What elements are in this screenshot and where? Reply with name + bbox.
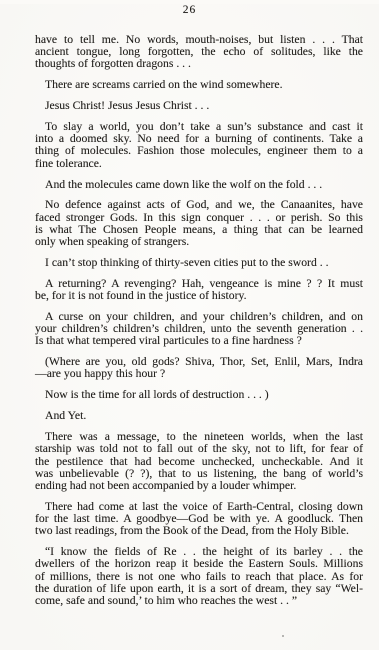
paragraph: I can’t stop thinking of thirty-seven ci… — [35, 257, 363, 269]
paragraph: have to tell me. No words, mouth-noises,… — [35, 34, 363, 71]
paragraph: There was a message, to the nineteen wor… — [35, 431, 363, 492]
text-line: dwellers of the horizon reap it beside t… — [35, 558, 363, 570]
text-line: Now is the time for all lords of destruc… — [35, 389, 363, 401]
text-line: Jesus Christ! Jesus Jesus Christ . . . — [35, 100, 363, 112]
text-line: starship was told not to fall out of the… — [35, 443, 363, 455]
text-line: And Yet. — [35, 410, 363, 422]
page-number: 26 — [0, 4, 379, 16]
text-line: And the molecules came down like the wol… — [35, 179, 363, 191]
paragraph: And the molecules came down like the wol… — [35, 179, 363, 191]
paragraph: To slay a world, you don’t take a sun’s … — [35, 121, 363, 170]
text-line: —are you happy this hour ? — [35, 368, 363, 380]
text-line: There are screams carried on the wind so… — [35, 79, 363, 91]
text-line: be, for it is not found in the justice o… — [35, 290, 363, 302]
book-page: have to tell me. No words, mouth-noises,… — [0, 4, 379, 650]
paragraph: A curse on your children, and your child… — [35, 311, 363, 348]
paragraph: Now is the time for all lords of destruc… — [35, 389, 363, 401]
paragraph: No defence against acts of God, and we, … — [35, 199, 363, 248]
text-line: of millions, there is not one who fails … — [35, 571, 363, 583]
text-line: I can’t stop thinking of thirty-seven ci… — [35, 257, 363, 269]
text-line: Is that what tempered viral particules t… — [35, 335, 363, 347]
text-block: have to tell me. No words, mouth-noises,… — [35, 34, 363, 616]
paragraph: A returning? A revenging? Hah, vengeance… — [35, 278, 363, 302]
paragraph: There had come at last the voice of Eart… — [35, 501, 363, 538]
text-line: No defence against acts of God, and we, … — [35, 199, 363, 211]
scan-speck — [282, 635, 284, 637]
text-line: only when speaking of strangers. — [35, 236, 363, 248]
text-line: the pestilence that had become unchecked… — [35, 456, 363, 468]
paragraph: There are screams carried on the wind so… — [35, 79, 363, 91]
text-line: thing of molecules. Fashion those molecu… — [35, 145, 363, 157]
paragraph: Jesus Christ! Jesus Jesus Christ . . . — [35, 100, 363, 112]
paragraph: (Where are you, old gods? Shiva, Thor, S… — [35, 356, 363, 380]
text-line: two last readings, from the Book of the … — [35, 525, 363, 537]
text-line: come, safe and sound,’ to him who reache… — [35, 595, 363, 607]
text-line: ending had not been accompanied by a lou… — [35, 480, 363, 492]
text-line: thoughts of forgotten dragons . . . — [35, 58, 363, 70]
text-line: fine tolerance. — [35, 158, 363, 170]
paragraph: “I know the fields of Re . . the height … — [35, 546, 363, 607]
paragraph: And Yet. — [35, 410, 363, 422]
